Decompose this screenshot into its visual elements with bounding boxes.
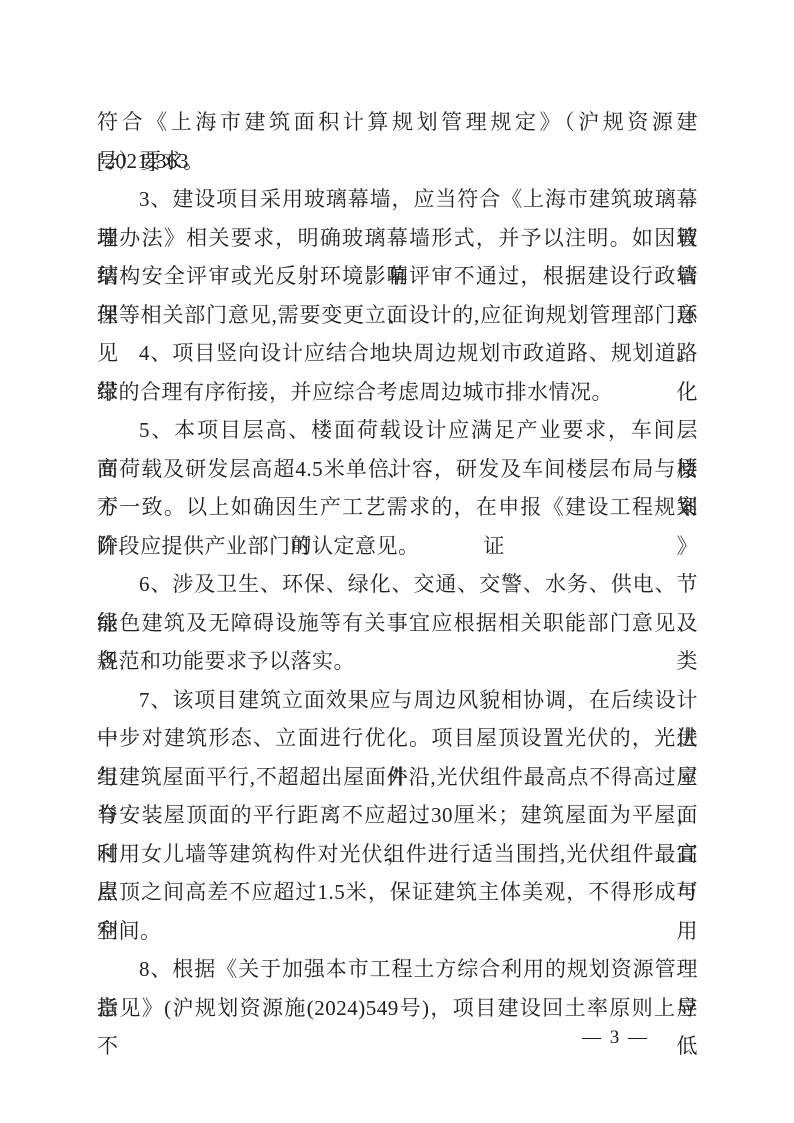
text-line: 理办法》相关要求，明确玻璃幕墙形式，并予以注明。如因玻璃幕墙 [97, 219, 698, 258]
text-line: 8、根据《关于加强本市工程土方综合利用的规划资源管理指导 [97, 950, 698, 989]
page-number: — 3 — [582, 1026, 649, 1050]
text-line: 屋顶之间高差不应超过1.5米，保证建筑主体美观，不得形成可利用 [97, 873, 698, 912]
text-line: 带的合理有序衔接，并应综合考虑周边城市排水情况。 [97, 373, 698, 412]
text-line: 与建筑屋面平行,不超超出屋面外沿,光伏组件最高点不得高过屋脊， [97, 758, 698, 797]
text-line: 意见》(沪规划资源施(2024)549号)，项目建设回土率原则上应不低 [97, 989, 698, 1028]
text-line: 利用女儿墙等建筑构件对光伏组件进行适当围挡,光伏组件最高点与 [97, 835, 698, 874]
text-line: 保等相关部门意见,需要变更立面设计的,应征询规划管理部门意见。 [97, 296, 698, 335]
text-line: 一步对建筑形态、立面进行优化。项目屋顶设置光伏的，光伏组件应 [97, 719, 698, 758]
text-line: 面荷载及研发层高超4.5米单倍计容，研发及车间楼层布局与原方案 [97, 450, 698, 489]
document-page: 符合《上海市建筑面积计算规划管理规定》（沪规资源建[2021]363 号）要求。… [0, 0, 794, 1123]
text-line: 与安装屋顶面的平行距离不应超过30厘米；建筑屋面为平屋面时，宜 [97, 796, 698, 835]
text-line: 符合《上海市建筑面积计算规划管理规定》（沪规资源建[2021]363 [97, 103, 698, 142]
text-line: 不一致。以上如确因生产工艺需求的，在申报《建设工程规划许可证》 [97, 488, 698, 527]
text-line: 绿色建筑及无障碍设施等有关事宜应根据相关职能部门意见及各类 [97, 604, 698, 643]
text-line: 4、项目竖向设计应结合地块周边规划市政道路、规划道路绿化 [97, 334, 698, 373]
document-body: 符合《上海市建筑面积计算规划管理规定》（沪规资源建[2021]363 号）要求。… [97, 103, 698, 1027]
text-line: 5、本项目层高、楼面荷载设计应满足产业要求，车间层高、楼 [97, 411, 698, 450]
text-line: 号）要求。 [97, 142, 698, 181]
text-line: 7、该项目建筑立面效果应与周边风貌相协调，在后续设计中进 [97, 681, 698, 720]
text-line: 6、涉及卫生、环保、绿化、交通、交警、水务、供电、节能、 [97, 565, 698, 604]
text-line: 结构安全评审或光反射环境影响评审不通过，根据建设行政管理、环 [97, 257, 698, 296]
text-line: 3、建设项目采用玻璃幕墙，应当符合《上海市建筑玻璃幕墙管 [97, 180, 698, 219]
